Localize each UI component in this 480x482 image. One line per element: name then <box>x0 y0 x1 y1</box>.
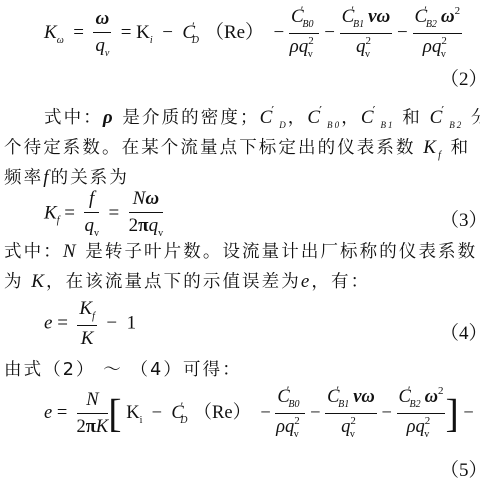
equation-number-3: （3） <box>440 205 480 232</box>
equation-2: Kω = ωqv = Ki − C′D（Re） − C′B0ρq2v − C′B… <box>44 6 462 61</box>
equation-3: Kf = fqv = Nω2πqv <box>44 188 163 240</box>
equation-4: e = KfK − 1 <box>44 298 136 350</box>
paragraph-1-line-3: 频率f的关系为 <box>4 164 129 189</box>
paragraph-2-line-2: 为 K，在该流量点下的示值误差为e，有： <box>4 268 370 293</box>
equation-number-4: （4） <box>440 318 480 345</box>
equation-5: e = N2πK[ Ki − C′D（Re） − C′B0ρq2v − C′B1… <box>44 386 480 441</box>
paragraph-3: 由式（2） ～ （4）可得： <box>4 356 242 381</box>
equation-number-2: （2） <box>440 64 480 91</box>
paragraph-1-line-2: 个待定系数。在某个流量点下标定出的仪表系数 Kf 和 <box>4 134 470 159</box>
equation-number-5: （5） <box>440 455 480 482</box>
paragraph-1-line-1: 式中：ρ 是介质的密度；C′D，C′B0，C′B1 和 C′B2 分别为 4 <box>44 104 480 129</box>
paragraph-2-line-1: 式中：N 是转子叶片数。设流量计出厂标称的仪表系数 <box>4 238 477 263</box>
